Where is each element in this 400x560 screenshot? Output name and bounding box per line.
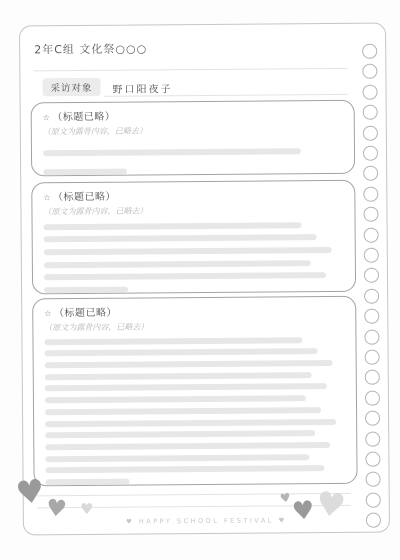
binder-ring-icon [366, 513, 381, 528]
binder-ring-icon [365, 370, 380, 385]
redacted-text-line [45, 372, 312, 380]
interview-subject-name: 野口阳夜子 [112, 80, 172, 95]
heart-icon: ♥ [45, 497, 68, 522]
heart-icon: ♥ [314, 486, 348, 523]
section-title: ☆（标题已略） [44, 302, 344, 319]
binder-ring-icon [362, 84, 377, 99]
redaction-note: （原文为露骨内容，已略去） [43, 204, 343, 217]
section-mark-icon: ☆ [43, 193, 51, 202]
section-title-text: （标题已略） [53, 192, 116, 203]
section-box: ☆（标题已略）（原文为露骨内容，已略去） [32, 296, 357, 487]
notebook-page: 2年C组 文化祭○○○ 采访对象 野口阳夜子 ☆（标题已略）（原文为露骨内容，已… [19, 23, 390, 536]
redacted-text-line [45, 395, 306, 403]
redacted-text-line [45, 465, 324, 473]
binder-ring-icon [365, 411, 380, 426]
binder-ring-icon [364, 248, 379, 263]
binder-ring-icon [365, 390, 380, 405]
ruled-line [33, 68, 347, 71]
binder-ring-icon [366, 472, 381, 487]
redacted-text-line [44, 222, 302, 230]
redacted-text-line [44, 287, 128, 294]
binder-ring-icon [365, 350, 380, 365]
binder-ring-icon [363, 186, 378, 201]
heart-icon: ♥ [80, 502, 93, 517]
binder-ring-icon [363, 125, 378, 140]
section-title-text: （标题已略） [52, 112, 115, 123]
binder-ring-icon [363, 105, 378, 120]
section-mark-icon: ☆ [44, 309, 52, 318]
binder-ring-icon [365, 431, 380, 446]
redacted-text-line [44, 272, 326, 280]
redacted-text-line [45, 454, 309, 462]
redacted-text-line [43, 148, 301, 156]
section-mark-icon: ☆ [43, 113, 51, 122]
redacted-text-line [45, 430, 315, 438]
binder-ring-icon [364, 309, 379, 324]
binder-ring-icon [364, 268, 379, 283]
redacted-text-line [45, 348, 318, 356]
binder-ring-icon [366, 492, 381, 507]
section-title-text: （标题已略） [54, 308, 117, 319]
section-box: ☆（标题已略）（原文为露骨内容，已略去） [31, 180, 356, 295]
redaction-note: （原文为露骨内容，已略去） [43, 124, 343, 137]
redacted-text-line [45, 418, 336, 426]
section-box: ☆（标题已略）（原文为露骨内容，已略去） [31, 100, 356, 177]
redacted-text-line [44, 260, 311, 268]
redacted-text-line [45, 360, 333, 368]
sections-container: ☆（标题已略）（原文为露骨内容，已略去）☆（标题已略）（原文为露骨内容，已略去）… [20, 24, 385, 27]
heart-icon: ♥ [291, 497, 316, 524]
binder-ring-icon [364, 227, 379, 242]
binder-ring-icon [363, 207, 378, 222]
heart-icon: ♥ [14, 474, 47, 510]
page-title: 2年C组 文化祭○○○ [34, 40, 147, 57]
binder-ring-icon [363, 166, 378, 181]
redacted-text-line [44, 337, 302, 345]
redacted-text-line [46, 479, 130, 486]
redaction-note: （原文为露骨内容，已略去） [44, 320, 344, 333]
ring-binding [20, 24, 385, 27]
section-title: ☆（标题已略） [43, 186, 343, 203]
redacted-text-line [44, 234, 317, 242]
redacted-text-line [45, 407, 321, 415]
binder-ring-icon [362, 64, 377, 79]
redacted-text-line [45, 383, 327, 391]
interview-subject-label: 采访对象 [42, 78, 100, 96]
binder-ring-icon [363, 146, 378, 161]
redacted-text-line [43, 169, 127, 176]
redacted-text-line [45, 442, 330, 450]
binder-ring-icon [364, 329, 379, 344]
section-title: ☆（标题已略） [43, 106, 343, 123]
binder-ring-icon [362, 44, 377, 59]
binder-ring-icon [365, 452, 380, 467]
binder-ring-icon [364, 288, 379, 303]
redacted-text-line [44, 247, 332, 255]
